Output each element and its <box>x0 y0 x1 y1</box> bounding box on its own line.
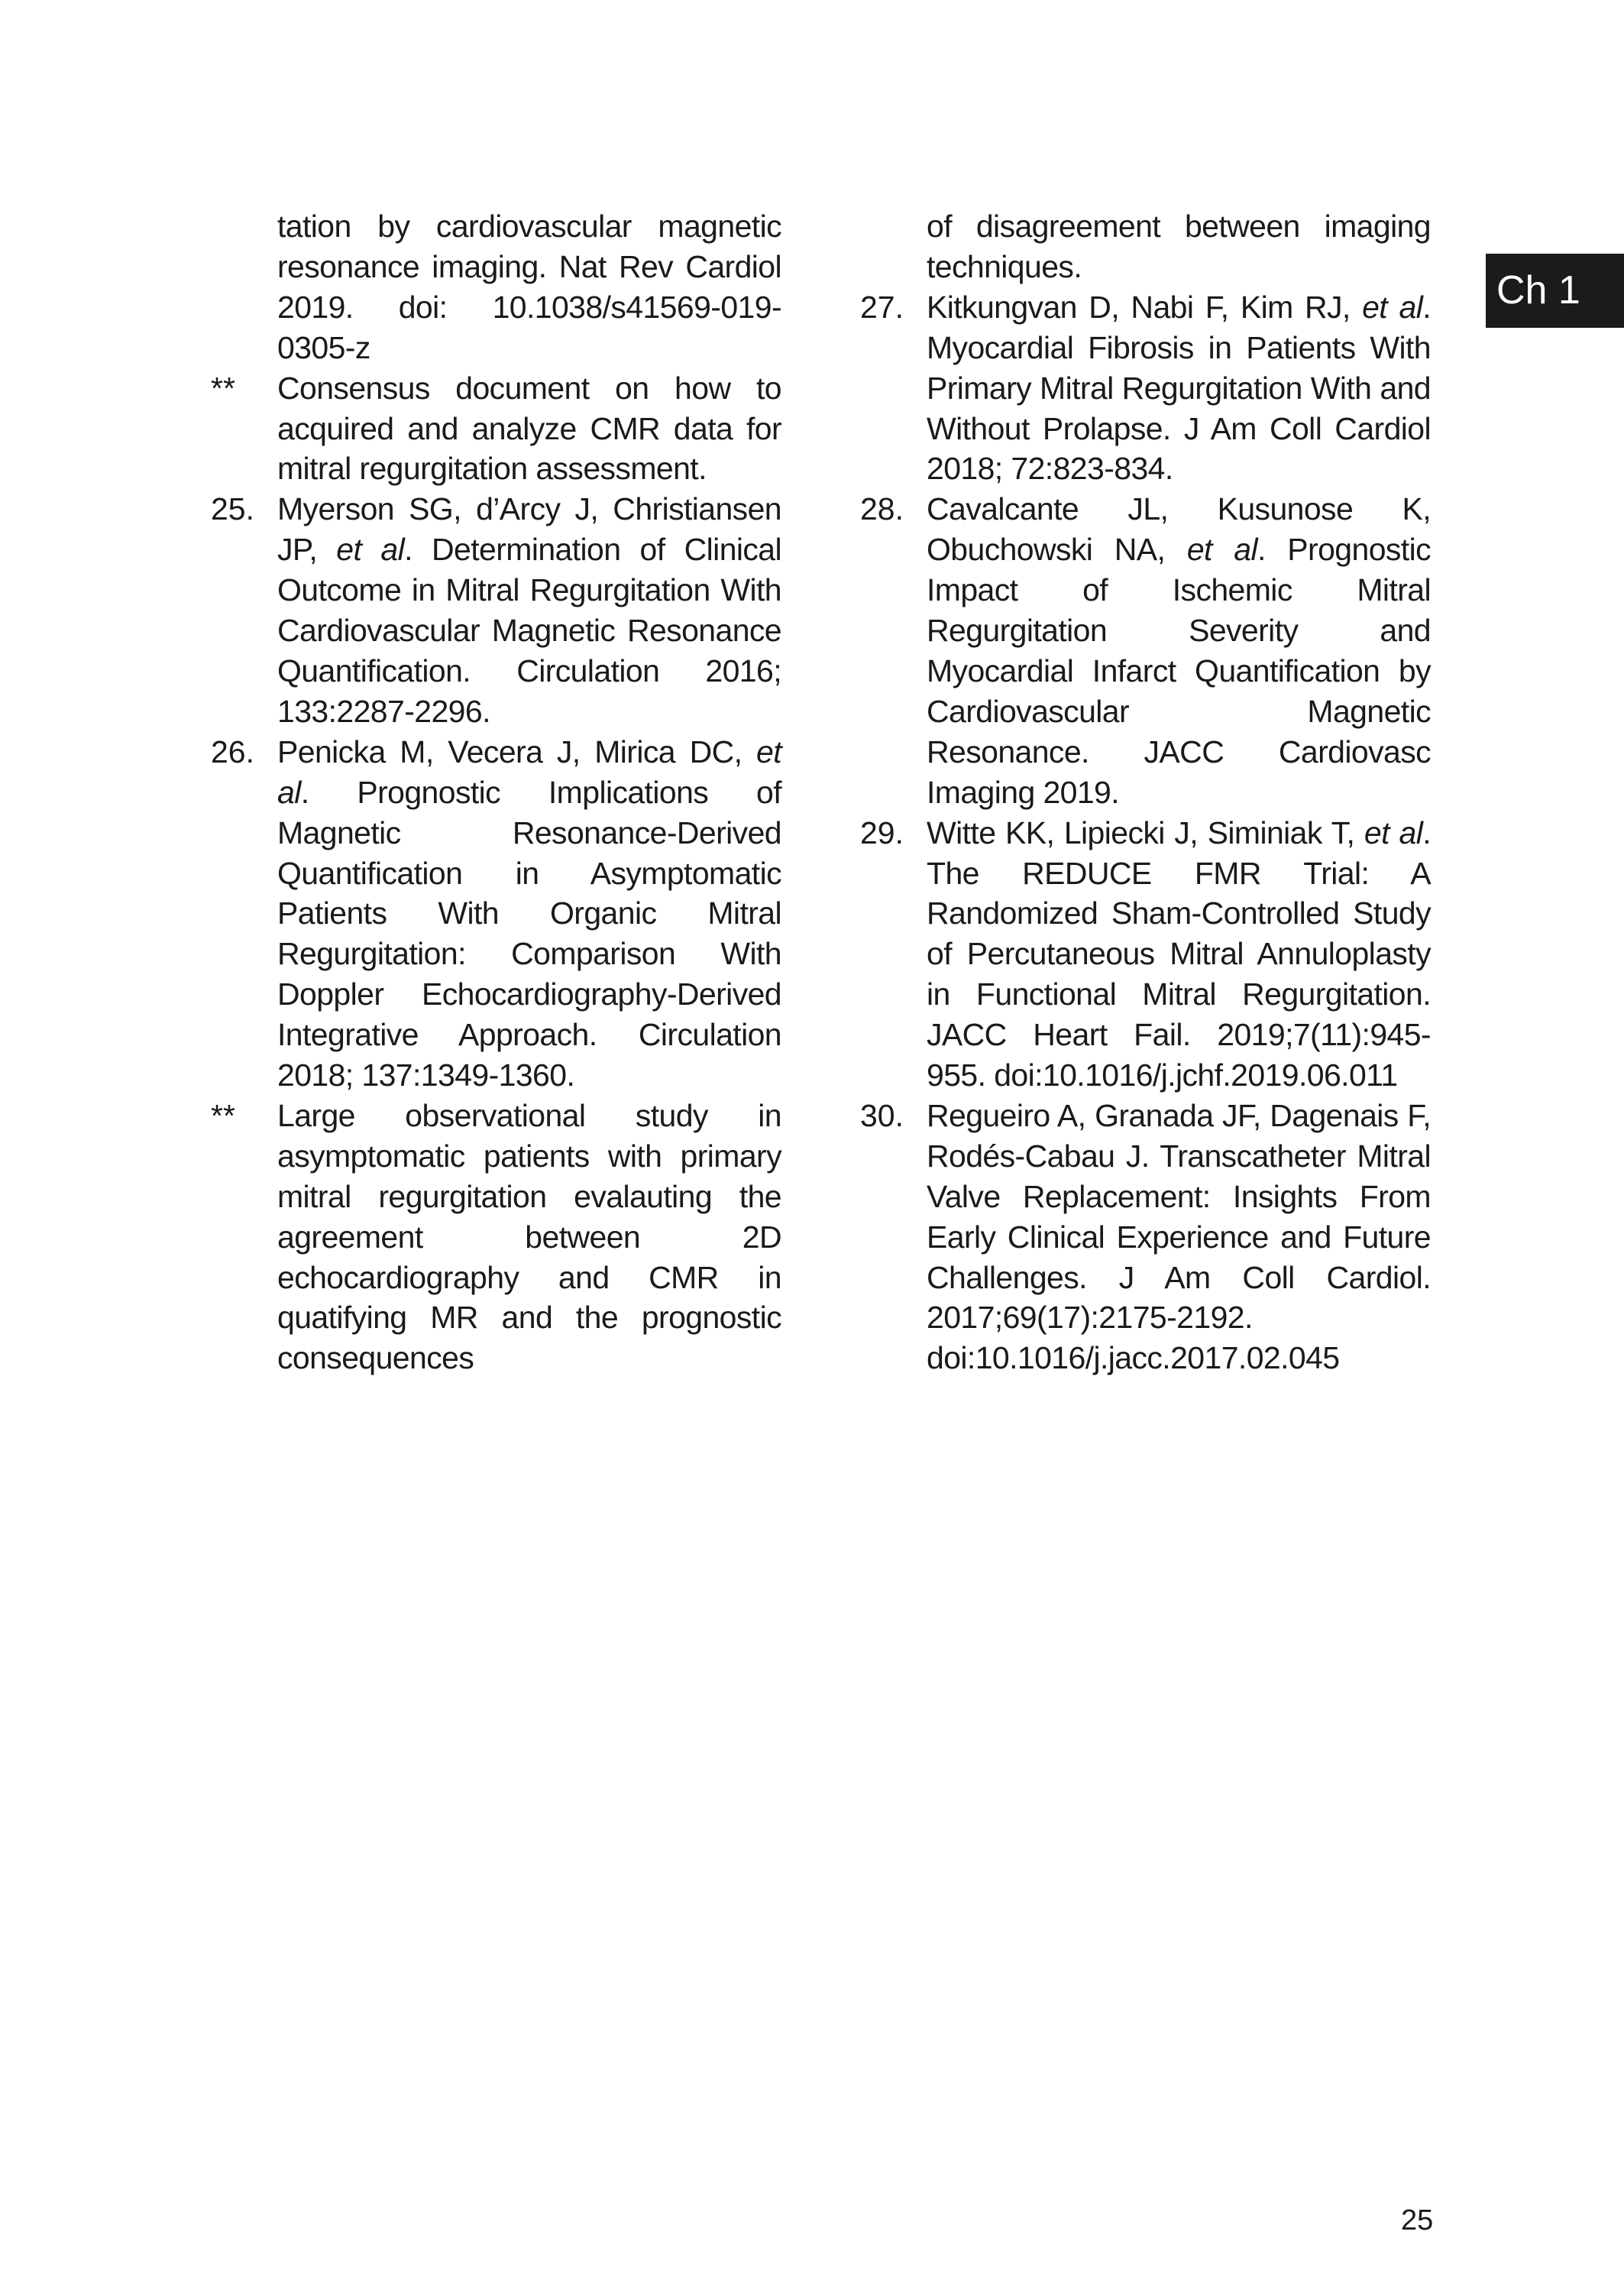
reference-text: Large observational study in asymptomati… <box>277 1096 781 1378</box>
reference-marker: ** <box>211 1096 277 1136</box>
reference-number: 26. <box>211 732 277 772</box>
reference-text: Witte KK, Lipiecki J, Siminiak T, et al.… <box>927 813 1431 1096</box>
reference-item: 27. Kitkungvan D, Nabi F, Kim RJ, et al.… <box>860 287 1432 490</box>
reference-number: 28. <box>860 489 927 530</box>
page-number: 25 <box>1401 2202 1433 2239</box>
reference-item: 29. Witte KK, Lipiecki J, Siminiak T, et… <box>860 813 1432 1096</box>
reference-continuation: tation by cardiovascular magnetic resona… <box>211 206 782 368</box>
reference-text: tation by cardiovascular magnetic resona… <box>277 206 781 368</box>
reference-continuation: of disagreement between imaging techniqu… <box>860 206 1432 287</box>
reference-text: Cavalcante JL, Kusunose K, Obuchowski NA… <box>927 489 1431 812</box>
reference-item: 26. Penicka M, Vecera J, Mirica DC, et a… <box>211 732 782 1096</box>
reference-annotation: ** Large observational study in asymptom… <box>211 1096 782 1378</box>
reference-marker: ** <box>211 368 277 409</box>
chapter-tab-label: Ch 1 <box>1496 268 1580 313</box>
reference-item: 30. Regueiro A, Granada JF, Dagenais F, … <box>860 1096 1432 1378</box>
reference-text: Kitkungvan D, Nabi F, Kim RJ, et al. Myo… <box>927 287 1431 490</box>
reference-annotation: ** Consensus document on how to acquired… <box>211 368 782 490</box>
reference-text: Penicka M, Vecera J, Mirica DC, et al. P… <box>277 732 781 1096</box>
reference-text: Myerson SG, d’Arcy J, Christiansen JP, e… <box>277 489 781 731</box>
reference-text: Consensus document on how to acquired an… <box>277 368 781 490</box>
chapter-tab: Ch 1 <box>1486 254 1624 328</box>
reference-list-right-column: of disagreement between imaging techniqu… <box>860 206 1432 1378</box>
reference-item: 28. Cavalcante JL, Kusunose K, Obuchowsk… <box>860 489 1432 812</box>
reference-item: 25. Myerson SG, d’Arcy J, Christiansen J… <box>211 489 782 731</box>
reference-text: of disagreement between imaging techniqu… <box>927 206 1431 287</box>
reference-text: Regueiro A, Granada JF, Dagenais F, Rodé… <box>927 1096 1431 1378</box>
reference-number: 27. <box>860 287 927 328</box>
reference-list-left-column: tation by cardiovascular magnetic resona… <box>211 206 782 1378</box>
reference-number: 30. <box>860 1096 927 1136</box>
reference-number: 25. <box>211 489 277 530</box>
reference-number: 29. <box>860 813 927 853</box>
